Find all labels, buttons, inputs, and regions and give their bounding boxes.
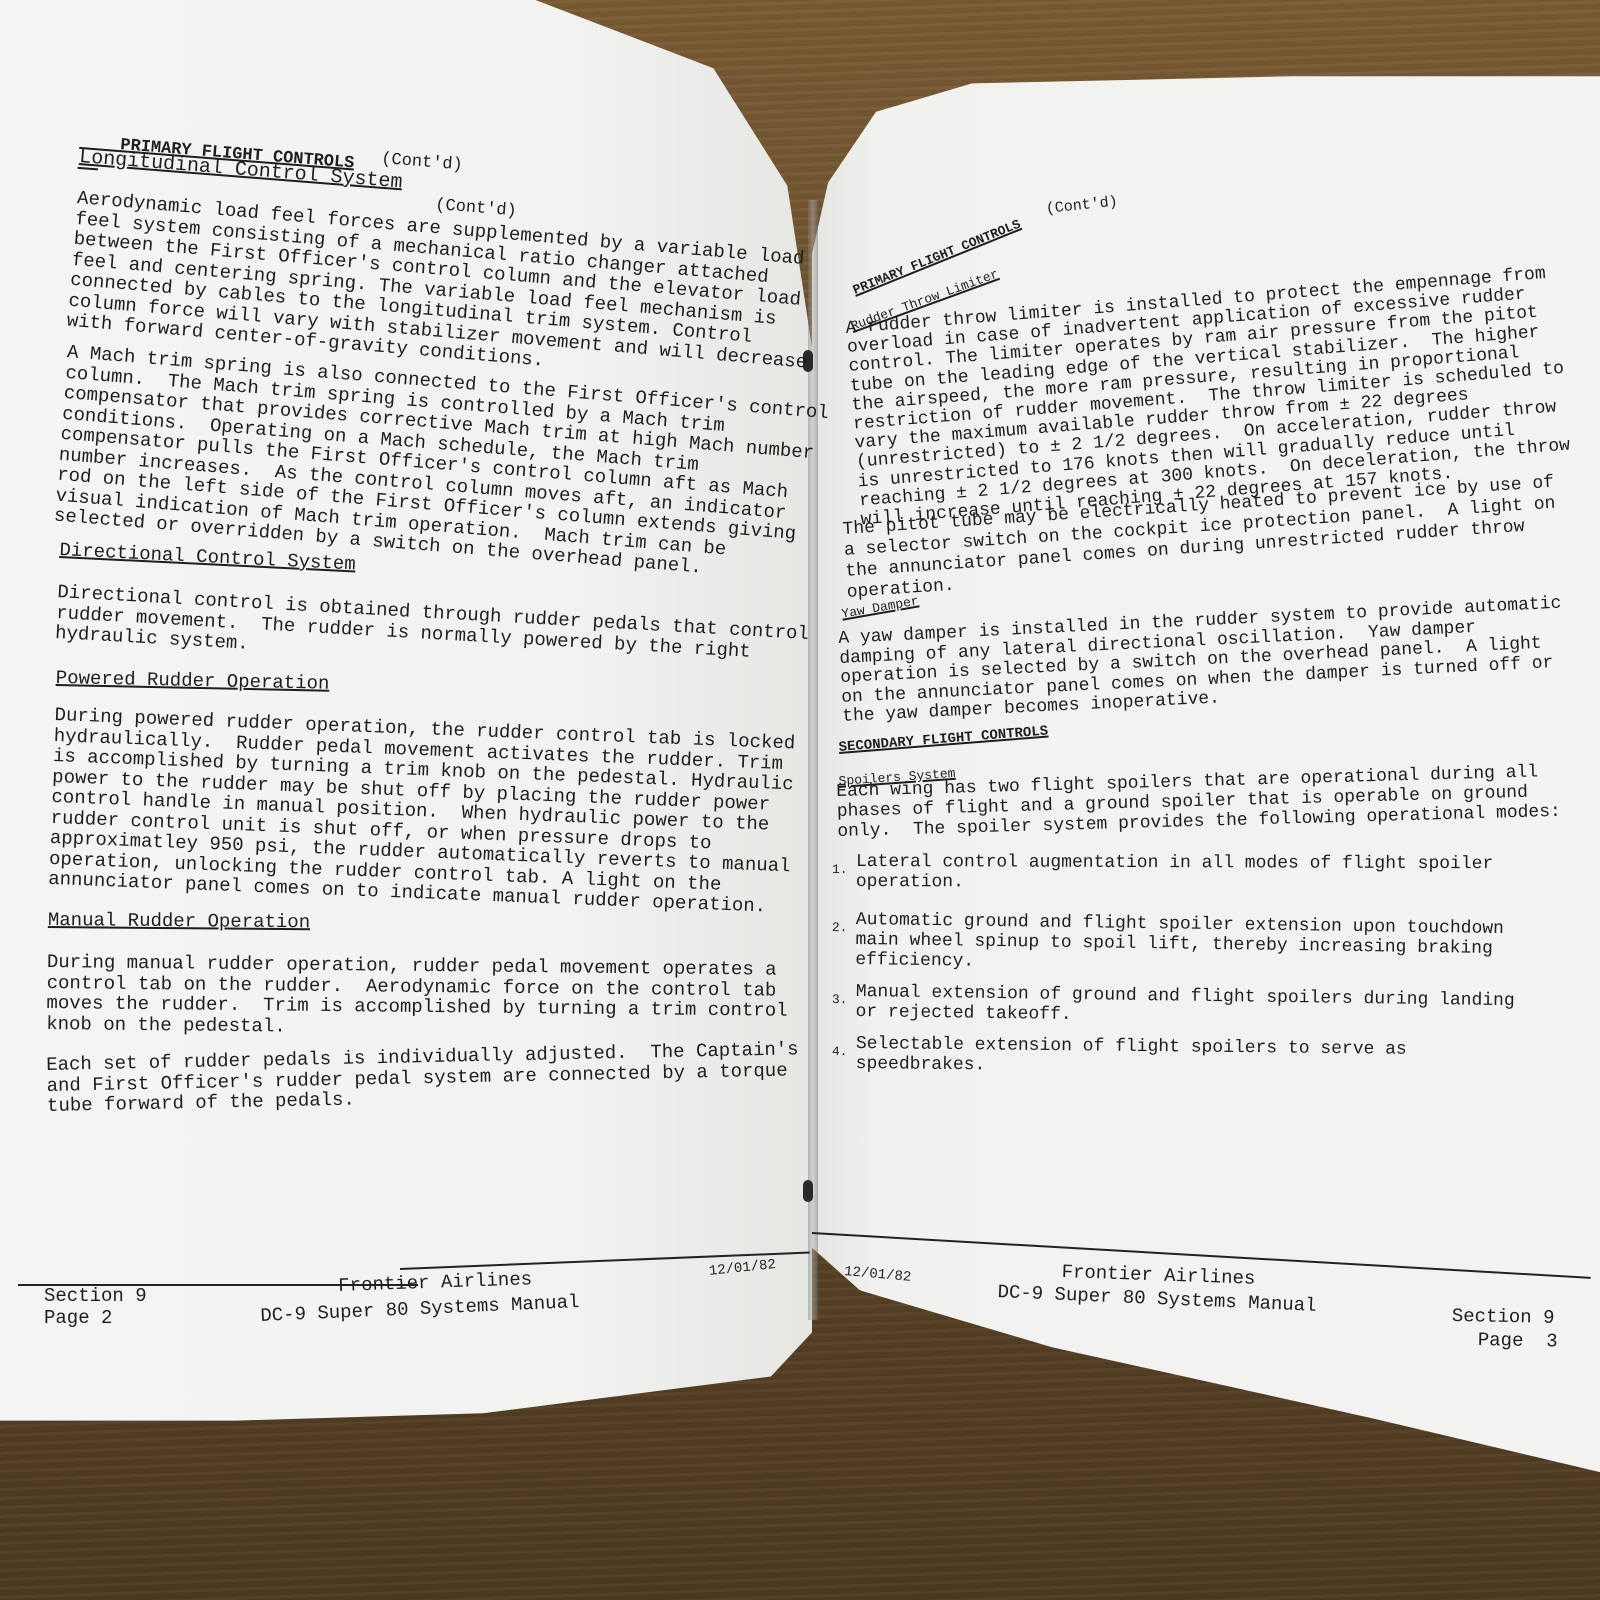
right-footer-date: 12/01/82 (843, 1262, 912, 1289)
list-item-number: 3. (832, 990, 848, 1011)
binder-ring-hole (803, 1180, 813, 1202)
right-footer-section: Section 9 (1452, 1306, 1555, 1329)
heading-manual-rudder: Manual Rudder Operation (48, 910, 310, 933)
list-item-number: 1. (832, 860, 848, 881)
list-item-number: 4. (832, 1042, 848, 1063)
paragraph-powered-rudder: During powered rudder operation, the rud… (48, 705, 796, 918)
list-item: Automatic ground and flight spoiler exte… (855, 910, 1504, 979)
left-footer-page: Page 2 (44, 1308, 112, 1329)
list-item: Selectable extension of flight spoilers … (856, 1034, 1407, 1080)
paragraph-manual-rudder: During manual rudder operation, rudder p… (46, 952, 788, 1042)
left-footer-section: Section 9 (44, 1286, 147, 1307)
list-item: Lateral control augmentation in all mode… (856, 852, 1493, 894)
right-footer-page: Page 3 (1478, 1330, 1558, 1352)
list-item-number: 2. (832, 918, 848, 939)
